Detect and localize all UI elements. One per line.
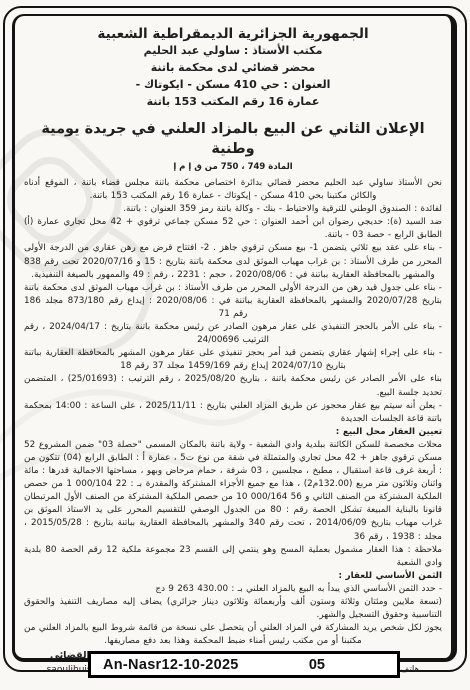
- body-paragraph: (تسعة ملايين ومئتان وثلاثة وستون ألف وأر…: [24, 596, 442, 622]
- body-paragraph: - بناء على الأمر بالحجز التنفيذي على عقا…: [24, 321, 442, 347]
- legal-reference: المادة 749 ، 750 من ق إ م إ: [24, 162, 442, 173]
- body-paragraph: يجوز لكل شخص يريد المشاركة في المزاد الع…: [24, 622, 442, 648]
- body-paragraph: ضد السيد (ة): حديجي رضوان ابن أحمد العنو…: [24, 216, 442, 242]
- body-paragraph: - بناء على جدول قيد رهن من الدرجة الأولى…: [24, 282, 442, 321]
- address-line-1: العنوان : حي 410 مسكن - ايكوتاك -: [24, 76, 442, 93]
- body-paragraph: الثمن الأساسي للعقار :: [24, 570, 442, 583]
- body-paragraph: لفائدة : الصندوق الوطني للترقية والاحتيا…: [24, 203, 442, 216]
- notice-content: الجمهورية الجزائرية الديمقراطية الشعبية …: [24, 22, 442, 656]
- page-number: 05: [309, 657, 397, 673]
- body-paragraph: ملاحظة : هذا العقار مشمول بعملية المسح و…: [24, 544, 442, 570]
- address-line-2: عمارة 16 رقم المكتب 153 باتنة: [24, 93, 442, 110]
- notice-body: نحن الأستاذ ساولي عبد الحليم محضر قضائي …: [24, 177, 442, 648]
- newspaper-clipping: الجمهورية الجزائرية الديمقراطية الشعبية …: [0, 0, 470, 690]
- newspaper-name-date: An-Nasr12-10-2025: [91, 657, 309, 673]
- country-heading: الجمهورية الجزائرية الديمقراطية الشعبية: [24, 26, 442, 42]
- office-line: مكتب الأستاذ : ساولي عبد الحليم: [24, 42, 442, 59]
- body-paragraph: بناء على الأمر الصادر عن رئيس محكمة باتن…: [24, 373, 442, 399]
- newspaper-footer-bar: An-Nasr12-10-2025 05: [88, 651, 400, 678]
- bailiff-role-line: محضر قضائي لدى محكمة باتنة: [24, 59, 442, 76]
- body-paragraph: - حدد الثمن الأساسي الذي يبدأ به البيع ب…: [24, 583, 442, 596]
- body-paragraph: محلات مخصصة للسكن الكائنة ببلدية وادي ال…: [24, 439, 442, 544]
- notice-title: الإعلان الثاني عن البيع بالمزاد العلني ف…: [24, 119, 442, 159]
- body-paragraph: - بناء على إجراء إشهار عقاري يتضمن قيد أ…: [24, 347, 442, 373]
- body-paragraph: تعيين العقار محل البيع :: [24, 426, 442, 439]
- body-paragraph: - بناء على عقد بيع ثلاثي يتضمن 1- بيع مس…: [24, 242, 442, 281]
- body-paragraph: نحن الأستاذ ساولي عبد الحليم محضر قضائي …: [24, 177, 442, 203]
- body-paragraph: - يعلن أنه سيتم بيع عقار محجوز عن طريق ا…: [24, 400, 442, 426]
